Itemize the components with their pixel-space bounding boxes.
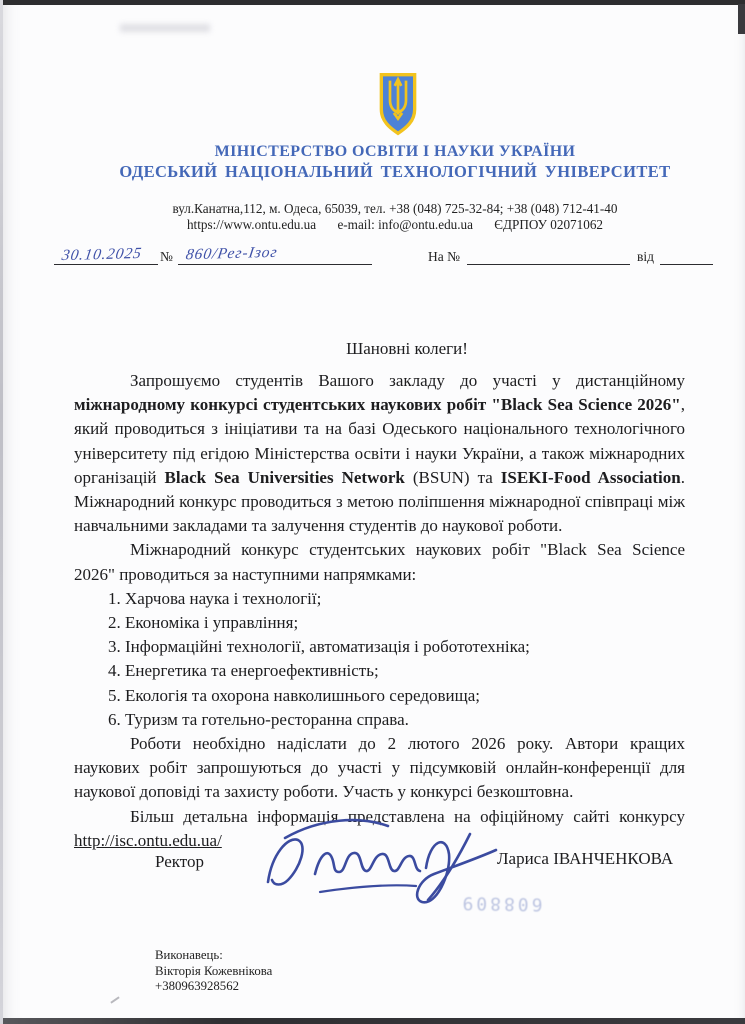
vid-underline (660, 246, 713, 265)
list-item-5: 5. Екологія та охорона навколишнього сер… (74, 684, 685, 708)
executor-label: Виконавець: (155, 948, 272, 964)
p1-seg-bold-contest: міжнародному конкурсі студентських науко… (74, 395, 681, 414)
list-item-1: 1. Харчова наука і технології; (74, 587, 685, 611)
list-item-3: 3. Інформаційні технології, автоматизаці… (74, 635, 685, 659)
scan-artifact-left-edge (0, 0, 3, 1024)
signer-title: Ректор (155, 852, 204, 872)
paragraph-directions-intro: Міжнародний конкурс студентських наукови… (74, 538, 685, 586)
paragraph-deadline: Роботи необхідно надіслати до 2 лютого 2… (74, 732, 685, 805)
scanned-letter: МІНІСТЕРСТВО ОСВІТИ І НАУКИ УКРАЇНИ ОДЕС… (0, 0, 745, 1024)
signer-name: Лариса ІВАНЧЕНКОВА (497, 849, 673, 869)
scan-artifact-corner-notch (738, 4, 745, 34)
handwritten-date: 30.10.2025 (60, 245, 143, 265)
ministry-name: МІНІСТЕРСТВО ОСВІТИ І НАУКИ УКРАЇНИ (45, 143, 745, 161)
handwritten-number: 860/Рег-Ізог (184, 244, 278, 264)
university-website: https://www.ontu.edu.ua (187, 217, 316, 232)
salutation: Шановні колеги! (70, 339, 744, 359)
university-contacts: https://www.ontu.edu.ua e-mail: info@ont… (45, 217, 745, 233)
executor-name: Вікторія Кожевнікова (155, 964, 272, 980)
list-item-6: 6. Туризм та готельно-ресторанна справа. (74, 708, 685, 732)
list-item-4: 4. Енергетика та енергоефективність; (74, 659, 685, 683)
executor-phone: +380963928562 (155, 979, 272, 995)
vid-label: від (637, 249, 654, 265)
scan-artifact-bottom-strip (0, 1018, 745, 1024)
registration-stamp-number: 608809 (446, 892, 556, 915)
university-address: вул.Канатна,112, м. Одеса, 65039, тел. +… (45, 201, 745, 217)
p1-seg-bold-iseki: ISEKI-Food Association (501, 468, 681, 487)
na-number-underline (467, 246, 630, 265)
paragraph-invitation: Запрошуємо студентів Вашого закладу до у… (74, 369, 685, 538)
number-sign: № (160, 249, 173, 265)
scan-artifact-smudge (120, 24, 210, 32)
na-number-label: На № (428, 249, 460, 265)
executor-block: Виконавець: Вікторія Кожевнікова +380963… (155, 948, 272, 995)
p1-seg: Запрошуємо студентів Вашого закладу до у… (130, 371, 685, 390)
university-edrpou: ЄДРПОУ 02071062 (494, 217, 603, 232)
p1-seg: (BSUN) та (405, 468, 501, 487)
p1-seg-bold-bsun: Black Sea Universities Network (165, 468, 405, 487)
letter-body: Запрошуємо студентів Вашого закладу до у… (74, 369, 685, 853)
scan-artifact-mark (110, 996, 119, 1003)
list-item-2: 2. Економіка і управління; (74, 611, 685, 635)
scan-artifact-top-strip (0, 0, 745, 5)
university-name: ОДЕСЬКИЙ НАЦІОНАЛЬНИЙ ТЕХНОЛОГІЧНИЙ УНІВ… (45, 162, 745, 182)
reference-line: 30.10.2025 № 860/Рег-Ізог На № від (0, 246, 745, 270)
contest-site-url: http://isc.ontu.edu.ua/ (74, 831, 222, 850)
ukraine-trident-emblem (378, 71, 418, 137)
university-email: e-mail: info@ontu.edu.ua (337, 217, 473, 232)
